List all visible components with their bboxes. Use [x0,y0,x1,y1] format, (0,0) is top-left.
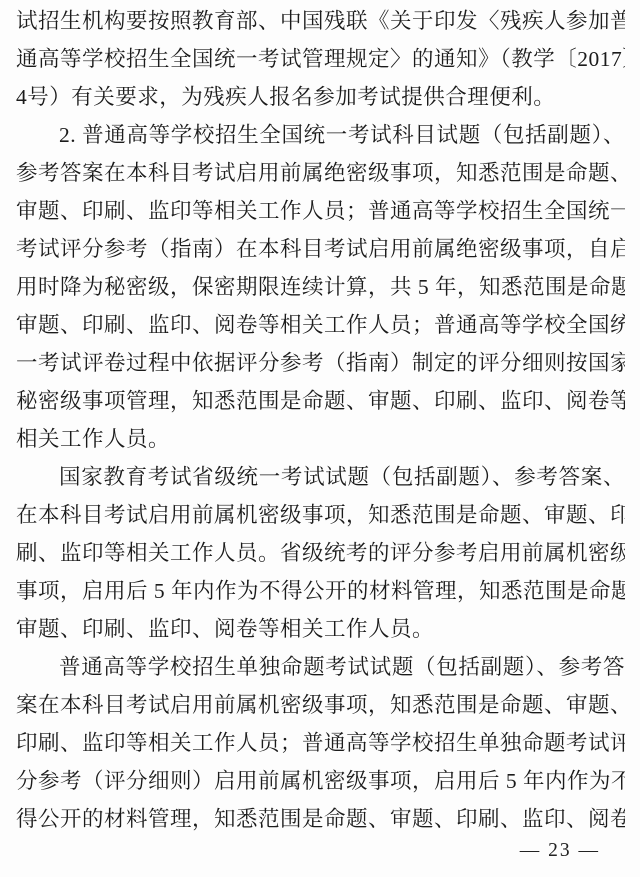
text-line: 刷、监印等相关工作人员。省级统考的评分参考启用前属机密级 [16,534,625,572]
paragraph-start-line: 普通高等学校招生单独命题考试试题（包括副题）、参考答 [16,648,625,686]
text-line: 审题、印刷、监印、阅卷等相关工作人员；普通高等学校全国统 [16,306,625,344]
text-line: 试招生机构要按照教育部、中国残联《关于印发〈残疾人参加普 [16,2,625,40]
paragraph-start-line: 2. 普通高等学校招生全国统一考试科目试题（包括副题）、 [16,116,625,154]
page-number: — 23 — [520,840,600,862]
text-line: 审题、印刷、监印等相关工作人员；普通高等学校招生全国统一 [16,192,625,230]
text-line: 考试评分参考（指南）在本科目考试启用前属绝密级事项，自启 [16,230,625,268]
text-line: 4号）有关要求，为残疾人报名参加考试提供合理便利。 [16,78,625,116]
text-line: 在本科目考试启用前属机密级事项，知悉范围是命题、审题、印 [16,496,625,534]
text-line: 秘密级事项管理，知悉范围是命题、审题、印刷、监印、阅卷等 [16,382,625,420]
document-page: 试招生机构要按照教育部、中国残联《关于印发〈残疾人参加普 通高等学校招生全国统一… [0,0,640,877]
text-line: 案在本科目考试启用前属机密级事项，知悉范围是命题、审题、 [16,686,625,724]
text-line: 参考答案在本科目考试启用前属绝密级事项，知悉范围是命题、 [16,154,625,192]
text-line: 分参考（评分细则）启用前属机密级事项，启用后 5 年内作为不 [16,762,625,800]
text-line: 事项，启用后 5 年内作为不得公开的材料管理，知悉范围是命题、 [16,572,625,610]
text-line: 印刷、监印等相关工作人员；普通高等学校招生单独命题考试评 [16,724,625,762]
text-line: 相关工作人员。 [16,420,625,458]
paragraph-start-line: 国家教育考试省级统一考试试题（包括副题）、参考答案、 [16,458,625,496]
text-line: 通高等学校招生全国统一考试管理规定〉的通知》（教学〔2017〕 [16,40,625,78]
text-line: 审题、印刷、监印、阅卷等相关工作人员。 [16,610,625,648]
text-line: 一考试评卷过程中依据评分参考（指南）制定的评分细则按国家 [16,344,625,382]
text-line: 得公开的材料管理，知悉范围是命题、审题、印刷、监印、阅卷 [16,800,625,838]
text-line: 用时降为秘密级，保密期限连续计算，共 5 年，知悉范围是命题、 [16,268,625,306]
document-text-block: 试招生机构要按照教育部、中国残联《关于印发〈残疾人参加普 通高等学校招生全国统一… [0,0,640,838]
